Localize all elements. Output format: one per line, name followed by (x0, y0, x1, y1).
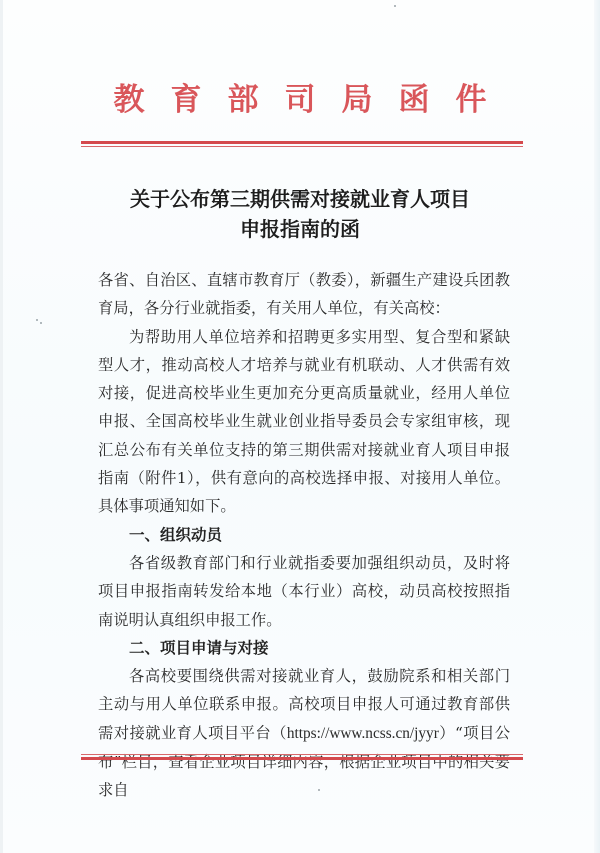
salutation: 各省、自治区、直辖市教育厅（教委），新疆生产建设兵团教育局，各分行业就指委，有关… (98, 266, 510, 323)
platform-url-link[interactable]: https://www.ncss.cn/jyyr (287, 725, 439, 742)
section-body-application: 各高校要围绕供需对接就业育人，鼓励院系和相关部门主动与用人单位联系申报。高校项目… (98, 662, 510, 804)
page-edge-right (594, 0, 600, 853)
letterhead-masthead: 教育部司局函件 (0, 80, 600, 120)
section-body-mobilization: 各省级教育部门和行业就指委要加强组织动员，及时将项目申报指南转发给本地（本行业）… (98, 549, 510, 634)
section-heading-application: 二、项目申请与对接 (98, 634, 510, 662)
scan-speck (40, 322, 42, 324)
page-edge-left (0, 0, 3, 853)
scan-speck (394, 5, 396, 7)
letterhead-red-rule (81, 141, 523, 147)
document-title-line-1: 关于公布第三期供需对接就业育人项目 (0, 184, 600, 214)
document-title-line-2: 申报指南的函 (0, 214, 600, 244)
section-heading-mobilization: 一、组织动员 (98, 521, 510, 549)
intro-paragraph: 为帮助用人单位培养和招聘更多实用型、复合型和紧缺型人才，推动高校人才培养与就业有… (98, 323, 510, 521)
letterhead-title: 教育部司局函件 (0, 80, 600, 120)
document-title: 关于公布第三期供需对接就业育人项目 申报指南的函 (0, 184, 600, 244)
scan-speck (36, 319, 38, 321)
document-body: 各省、自治区、直辖市教育厅（教委），新疆生产建设兵团教育局，各分行业就指委，有关… (98, 266, 510, 805)
footer-red-rule (81, 754, 523, 760)
